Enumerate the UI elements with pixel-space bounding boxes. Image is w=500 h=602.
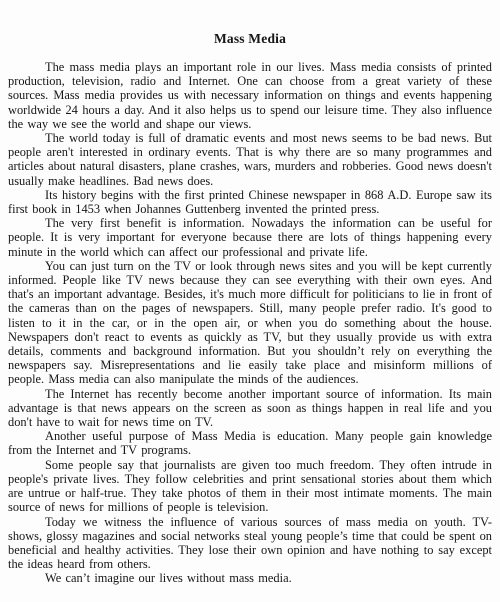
paragraph-information-benefit: The very first benefit is information. N…	[8, 216, 492, 259]
paragraph-youth: Today we witness the influence of variou…	[8, 515, 492, 572]
paragraph-conclusion: We can’t imagine our lives without mass …	[8, 571, 492, 585]
paragraph-bad-news: The world today is full of dramatic even…	[8, 131, 492, 188]
document-body: The mass media plays an important role i…	[8, 60, 492, 586]
paragraph-intro: The mass media plays an important role i…	[8, 60, 492, 131]
document-title: Mass Media	[8, 31, 492, 46]
paragraph-education: Another useful purpose of Mass Media is …	[8, 429, 492, 457]
paragraph-journalists: Some people say that journalists are giv…	[8, 458, 492, 515]
document-page: Mass Media The mass media plays an impor…	[0, 0, 500, 602]
paragraph-tv-radio-newspapers: You can just turn on the TV or look thro…	[8, 259, 492, 387]
paragraph-history: Its history begins with the first printe…	[8, 188, 492, 216]
paragraph-internet: The Internet has recently become another…	[8, 387, 492, 430]
